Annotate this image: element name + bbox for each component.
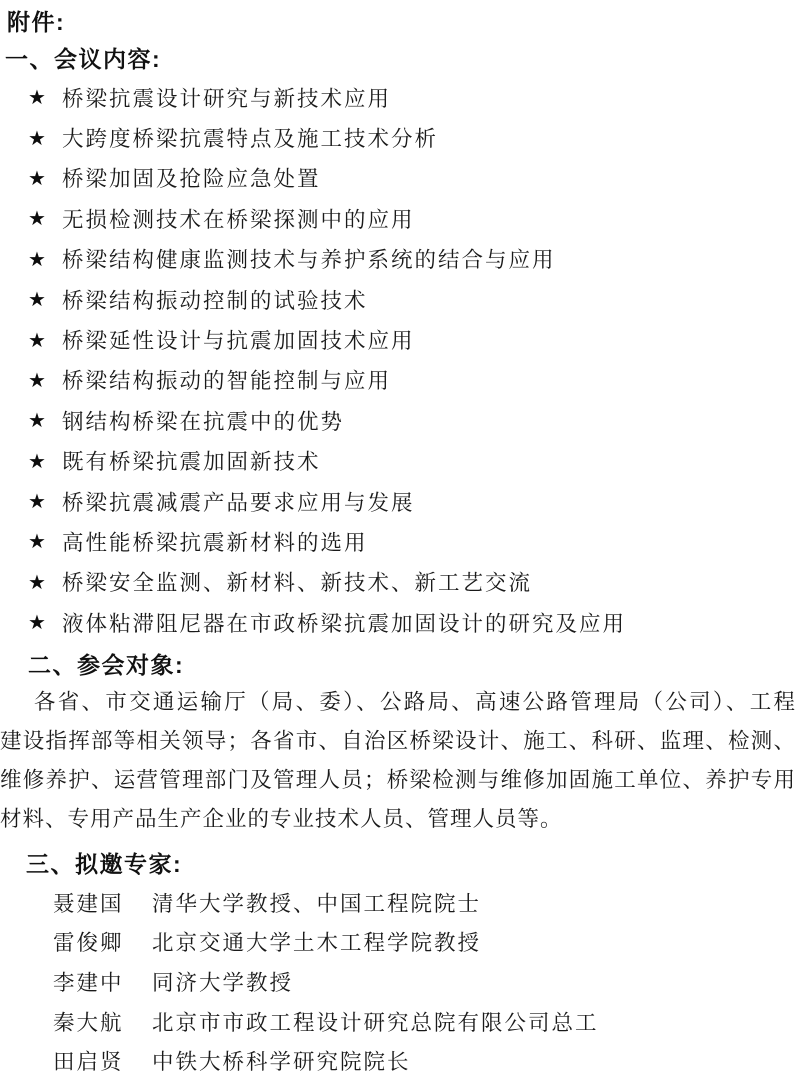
list-item: ★ 桥梁安全监测、新材料、新技术、新工艺交流 [0, 562, 800, 602]
black-star-icon: ★ [28, 451, 49, 471]
section-heading-participants: 二、参会对象: [28, 651, 800, 679]
black-star-icon: ★ [28, 168, 49, 188]
expert-title: 清华大学教授、中国工程院院士 [152, 887, 481, 918]
list-item: ★ 大跨度桥梁抗震特点及施工技术分析 [0, 117, 800, 157]
black-star-icon: ★ [28, 330, 49, 350]
list-item-text: 大跨度桥梁抗震特点及施工技术分析 [62, 122, 438, 153]
list-item-text: 桥梁结构振动的智能控制与应用 [62, 364, 391, 395]
expert-title: 北京市市政工程设计研究总院有限公司总工 [152, 1006, 599, 1037]
list-item-text: 既有桥梁抗震加固新技术 [62, 445, 321, 476]
list-item-text: 桥梁抗震减震产品要求应用与发展 [62, 486, 415, 517]
expert-name: 李建中 [53, 966, 152, 997]
paragraph-line: 各省、市交通运输厅（局、委）、公路局、高速公路管理局（公司）、工程 [0, 683, 796, 722]
section-heading-meeting-content: 一、会议内容: [5, 45, 800, 73]
expert-title: 北京交通大学土木工程学院教授 [152, 926, 481, 957]
expert-row: 李建中 同济大学教授 [0, 962, 800, 1002]
list-item: ★ 桥梁结构健康监测技术与养护系统的结合与应用 [0, 239, 800, 279]
paragraph-line: 维修养护、运营管理部门及管理人员；桥梁检测与维修加固施工单位、养护专用 [0, 761, 796, 800]
black-star-icon: ★ [28, 410, 49, 430]
section-heading-invited-experts: 三、拟邀专家: [26, 850, 800, 878]
list-item: ★ 桥梁结构振动的智能控制与应用 [0, 360, 800, 400]
list-item-text: 液体粘滞阻尼器在市政桥梁抗震加固设计的研究及应用 [62, 607, 626, 638]
list-item-text: 桥梁抗震设计研究与新技术应用 [62, 82, 391, 113]
black-star-icon: ★ [28, 370, 49, 390]
list-item-text: 桥梁结构健康监测技术与养护系统的结合与应用 [62, 243, 556, 274]
black-star-icon: ★ [28, 531, 49, 551]
attachment-document-page: 附件: 一、会议内容: ★ 桥梁抗震设计研究与新技术应用 ★ 大跨度桥梁抗震特点… [0, 8, 800, 1081]
list-item: ★ 既有桥梁抗震加固新技术 [0, 441, 800, 481]
black-star-icon: ★ [28, 208, 49, 228]
attachment-label: 附件: [7, 8, 800, 36]
black-star-icon: ★ [28, 612, 49, 632]
expert-row: 秦大航 北京市市政工程设计研究总院有限公司总工 [0, 1001, 800, 1041]
black-star-icon: ★ [28, 87, 49, 107]
expert-title: 同济大学教授 [152, 966, 293, 997]
list-item-text: 桥梁结构振动控制的试验技术 [62, 284, 368, 315]
list-item-text: 高性能桥梁抗震新材料的选用 [62, 526, 368, 557]
list-item-text: 无损检测技术在桥梁探测中的应用 [62, 203, 415, 234]
black-star-icon: ★ [28, 128, 49, 148]
meeting-content-list: ★ 桥梁抗震设计研究与新技术应用 ★ 大跨度桥梁抗震特点及施工技术分析 ★ 桥梁… [0, 77, 800, 642]
black-star-icon: ★ [28, 249, 49, 269]
black-star-icon: ★ [28, 491, 49, 511]
list-item: ★ 高性能桥梁抗震新材料的选用 [0, 521, 800, 561]
expert-row: 田启贤 中铁大桥科学研究院院长 [0, 1041, 800, 1081]
paragraph-line: 建设指挥部等相关领导；各省市、自治区桥梁设计、施工、科研、监理、检测、 [0, 722, 796, 761]
list-item-text: 桥梁延性设计与抗震加固技术应用 [62, 324, 415, 355]
list-item: ★ 无损检测技术在桥梁探测中的应用 [0, 198, 800, 238]
list-item: ★ 钢结构桥梁在抗震中的优势 [0, 400, 800, 440]
list-item-text: 钢结构桥梁在抗震中的优势 [62, 405, 344, 436]
paragraph-line: 材料、专用产品生产企业的专业技术人员、管理人员等。 [0, 800, 796, 839]
list-item: ★ 桥梁抗震设计研究与新技术应用 [0, 77, 800, 117]
list-item: ★ 桥梁加固及抢险应急处置 [0, 158, 800, 198]
black-star-icon: ★ [28, 572, 49, 592]
participants-paragraph: 各省、市交通运输厅（局、委）、公路局、高速公路管理局（公司）、工程 建设指挥部等… [0, 683, 800, 839]
expert-row: 雷俊卿 北京交通大学土木工程学院教授 [0, 922, 800, 962]
expert-title: 中铁大桥科学研究院院长 [152, 1045, 411, 1076]
list-item-text: 桥梁加固及抢险应急处置 [62, 162, 321, 193]
expert-row: 聂建国 清华大学教授、中国工程院院士 [0, 882, 800, 922]
list-item: ★ 桥梁抗震减震产品要求应用与发展 [0, 481, 800, 521]
expert-name: 田启贤 [53, 1045, 152, 1076]
expert-name: 聂建国 [53, 887, 152, 918]
black-star-icon: ★ [28, 289, 49, 309]
list-item-text: 桥梁安全监测、新材料、新技术、新工艺交流 [62, 566, 532, 597]
expert-list: 聂建国 清华大学教授、中国工程院院士 雷俊卿 北京交通大学土木工程学院教授 李建… [0, 882, 800, 1080]
expert-name: 雷俊卿 [53, 926, 152, 957]
list-item: ★ 液体粘滞阻尼器在市政桥梁抗震加固设计的研究及应用 [0, 602, 800, 642]
list-item: ★ 桥梁延性设计与抗震加固技术应用 [0, 319, 800, 359]
expert-name: 秦大航 [53, 1006, 152, 1037]
list-item: ★ 桥梁结构振动控制的试验技术 [0, 279, 800, 319]
